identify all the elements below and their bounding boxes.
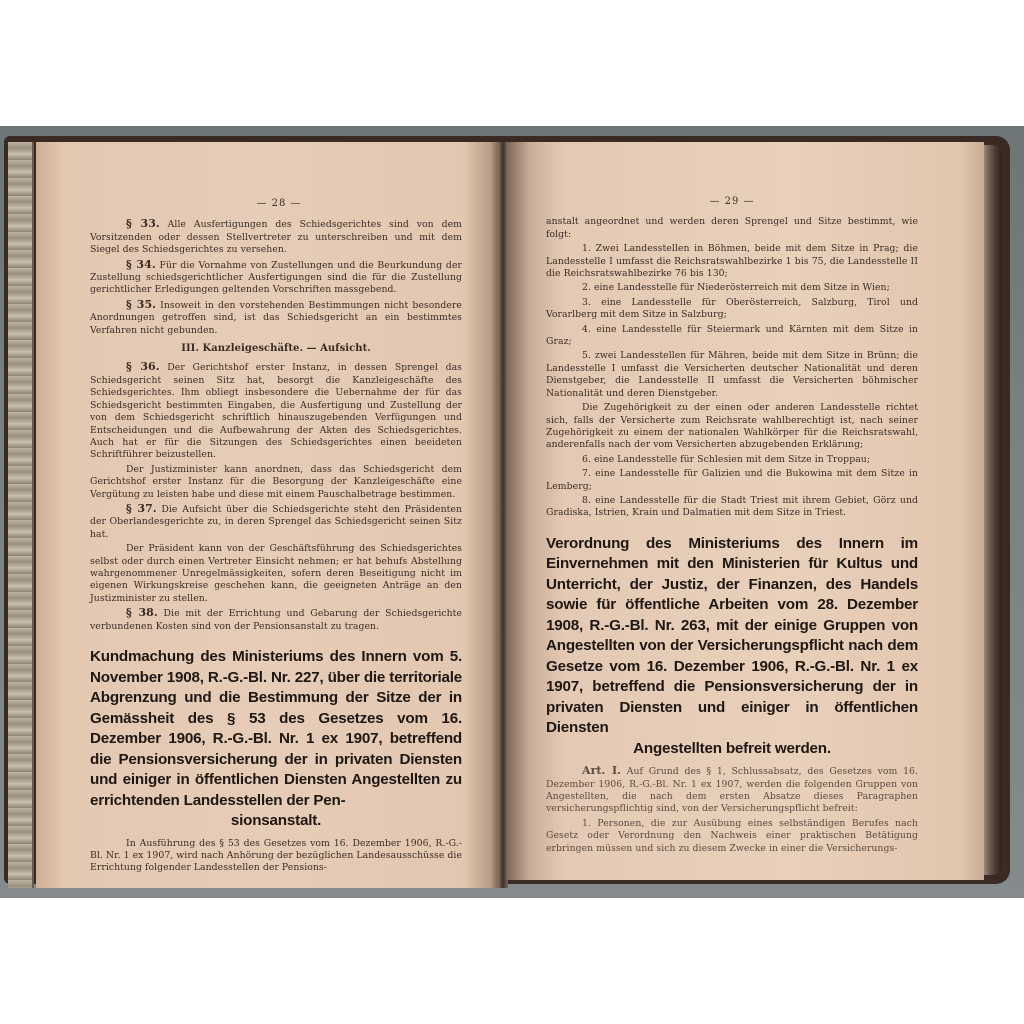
page-number: — 28 — <box>96 198 462 210</box>
paragraph: § 36. Der Gerichtshof erster Instanz, in… <box>90 361 462 461</box>
list-item: 7. eine Landesstelle für Galizien und di… <box>546 468 918 493</box>
paragraph: Der Präsident kann von der Geschäftsführ… <box>90 543 462 605</box>
intro-text: anstalt angeordnet und werden deren Spre… <box>546 216 918 241</box>
section-number: § 35. <box>126 298 156 311</box>
left-page: — 28 — § 33. Alle Ausfertigungen des Sch… <box>36 142 500 888</box>
section-number: § 38. <box>126 606 158 619</box>
paragraph-group: § 36. Der Gerichtshof erster Instanz, in… <box>90 361 462 633</box>
right-page-content: — 29 — anstalt angeordnet und werden der… <box>546 196 918 857</box>
page-number: — 29 — <box>546 196 918 208</box>
list-item: 1. Zwei Landesstellen in Böhmen, beide m… <box>546 243 918 280</box>
announcement-title: Kundmachung des Ministeriums des Innern … <box>90 647 462 832</box>
section-number: § 34. <box>126 258 156 271</box>
seat-list: 1. Zwei Landesstellen in Böhmen, beide m… <box>546 243 918 520</box>
section-heading: III. Kanzleigeschäfte. — Aufsicht. <box>90 343 462 355</box>
section-number: § 36. <box>126 360 160 373</box>
page-edges-left <box>8 142 34 888</box>
paragraph: § 37. Die Aufsicht über die Schiedsgeric… <box>90 503 462 541</box>
paragraph: § 34. Für die Vornahme von Zustellungen … <box>90 259 462 297</box>
list-item: 8. eine Landesstelle für die Stadt Tries… <box>546 495 918 520</box>
article-item: 1. Personen, die zur Ausübung eines selb… <box>546 818 918 855</box>
list-item: 3. eine Landesstelle für Oberösterreich,… <box>546 297 918 322</box>
section-number: § 37. <box>126 502 157 515</box>
right-page: — 29 — anstalt angeordnet und werden der… <box>506 142 984 880</box>
list-item: Die Zugehörigkeit zu der einen oder ande… <box>546 402 918 452</box>
left-page-content: — 28 — § 33. Alle Ausfertigungen des Sch… <box>90 198 462 877</box>
list-item: 2. eine Landesstelle für Niederösterreic… <box>546 282 918 294</box>
list-item: 6. eine Landesstelle für Schlesien mit d… <box>546 454 918 466</box>
paragraph: § 33. Alle Ausfertigungen des Schiedsger… <box>90 218 462 256</box>
paragraph-group: § 33. Alle Ausfertigungen des Schiedsger… <box>90 218 462 337</box>
paragraph: § 35. Insoweit in den vorstehenden Besti… <box>90 299 462 337</box>
article-paragraph: Art. I. Auf Grund des § 1, Schlussabsatz… <box>546 765 918 816</box>
list-item: 4. eine Landesstelle für Steiermark und … <box>546 324 918 349</box>
section-number: § 33. <box>126 217 160 230</box>
paragraph: Der Justizminister kann anordnen, dass d… <box>90 464 462 501</box>
list-item: 5. zwei Landesstellen für Mähren, beide … <box>546 350 918 400</box>
announcement-body: In Ausführung des § 53 des Gesetzes vom … <box>90 838 462 875</box>
paragraph: § 38. Die mit der Errichtung und Gebarun… <box>90 607 462 633</box>
ordinance-title: Verordnung des Ministeriums des Innern i… <box>546 534 918 760</box>
